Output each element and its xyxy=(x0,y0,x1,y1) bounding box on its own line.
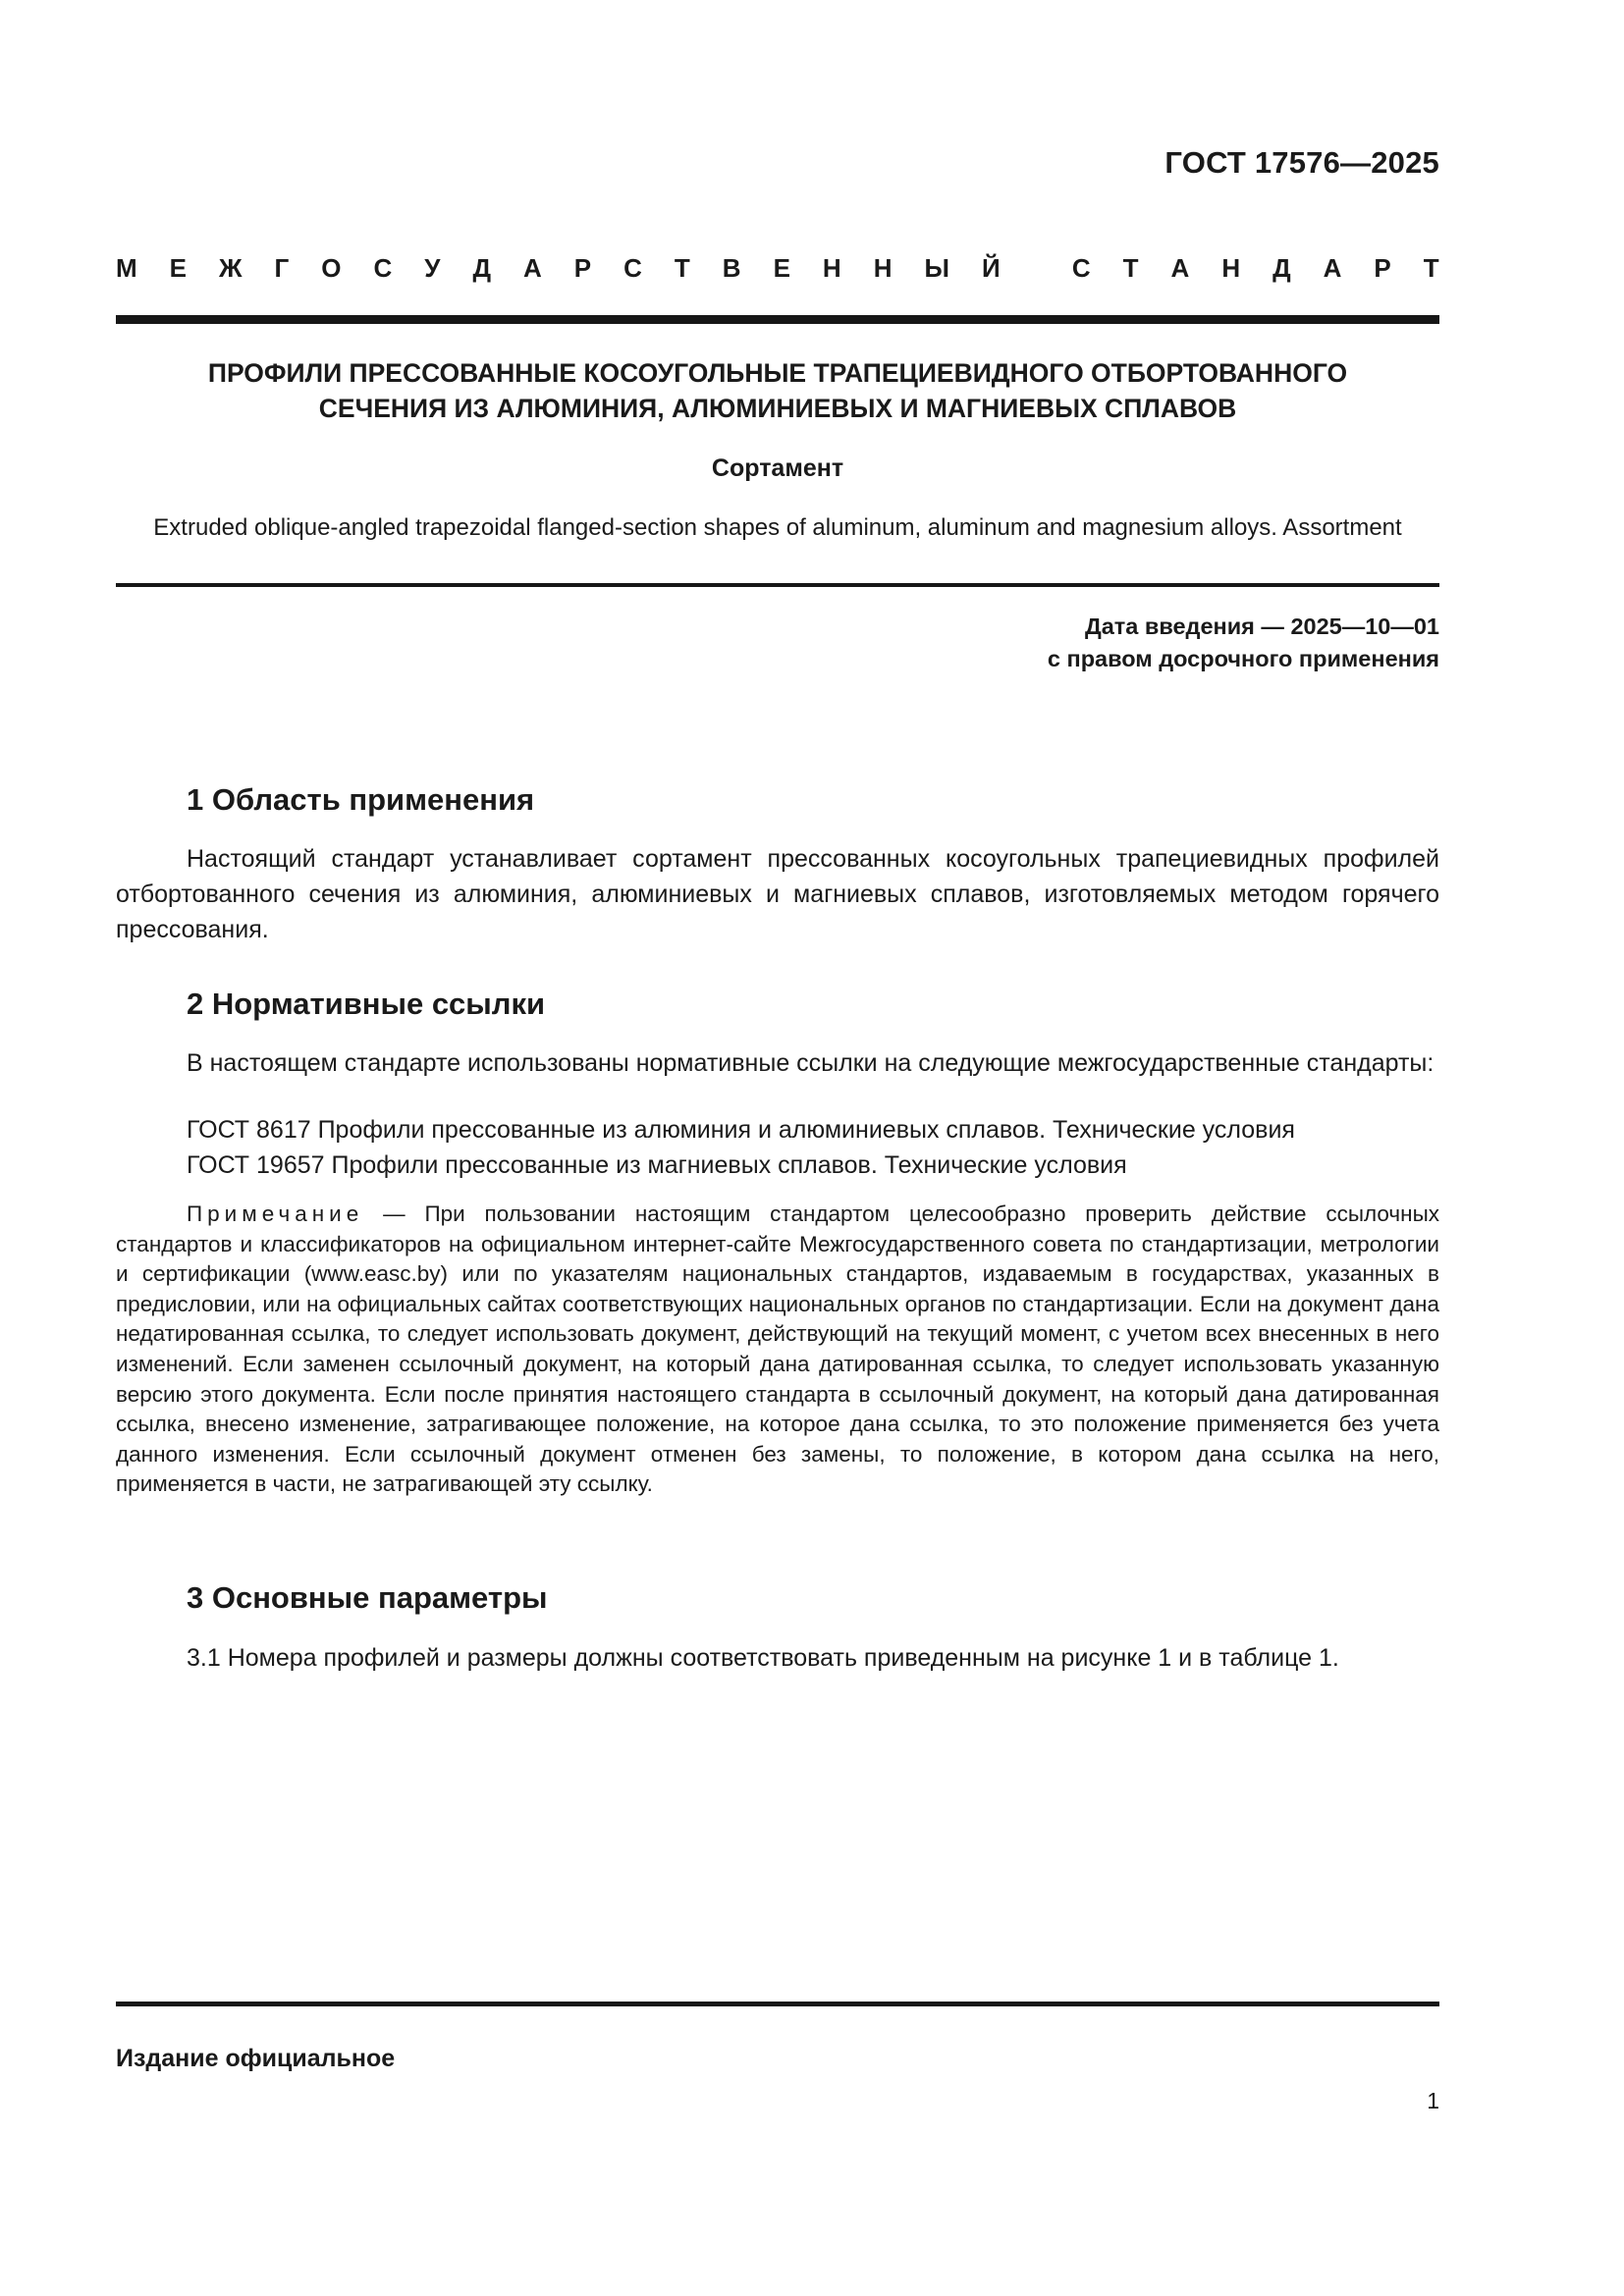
banner-letter: Ж xyxy=(219,253,243,284)
section-1-text: Настоящий стандарт устанавливает сортаме… xyxy=(116,841,1439,947)
banner-letter: Н xyxy=(874,253,893,284)
note-text: — При пользовании настоящим стандартом ц… xyxy=(116,1201,1439,1496)
page-number: 1 xyxy=(1427,2088,1439,2114)
document-id: ГОСТ 17576—2025 xyxy=(1164,145,1439,181)
introduction-date: Дата введения — 2025—10—01 xyxy=(1048,611,1439,643)
official-edition-label: Издание официальное xyxy=(116,2045,395,2073)
section-1-body: Настоящий стандарт устанавливает сортаме… xyxy=(116,845,1439,943)
banner-letter: Д xyxy=(472,253,491,284)
banner-letter: Й xyxy=(982,253,1001,284)
banner-letter: Р xyxy=(1374,253,1390,284)
banner-letter: О xyxy=(321,253,341,284)
section-2-body: В настоящем стандарте использованы норма… xyxy=(187,1049,1434,1077)
standard-type-banner: МЕЖГОСУДАРСТВЕННЫЙ СТАНДАРТ xyxy=(116,253,1439,284)
title-line-1: ПРОФИЛИ ПРЕССОВАННЫЕ КОСОУГОЛЬНЫЕ ТРАПЕЦ… xyxy=(116,355,1439,391)
banner-letter: В xyxy=(723,253,741,284)
banner-letter xyxy=(1033,253,1040,284)
banner-letter: А xyxy=(1171,253,1190,284)
banner-letter: Н xyxy=(1221,253,1240,284)
banner-letter: С xyxy=(374,253,393,284)
banner-letter: Р xyxy=(574,253,591,284)
title-line-2: СЕЧЕНИЯ ИЗ АЛЮМИНИЯ, АЛЮМИНИЕВЫХ И МАГНИ… xyxy=(116,391,1439,426)
note-block: Примечание — При пользовании настоящим с… xyxy=(116,1200,1439,1500)
banner-letter: А xyxy=(523,253,542,284)
banner-letter: С xyxy=(623,253,642,284)
introduction-date-block: Дата введения — 2025—10—01 с правом доср… xyxy=(1048,611,1439,675)
section-1-heading: 1 Область применения xyxy=(187,782,534,818)
banner-letter: С xyxy=(1072,253,1091,284)
banner-letter: Г xyxy=(275,253,290,284)
banner-letter: Н xyxy=(823,253,841,284)
document-subtitle: Сортамент xyxy=(116,454,1439,483)
english-title: Extruded oblique-angled trapezoidal flan… xyxy=(106,514,1449,542)
section-3-body: 3.1 Номера профилей и размеры должны соо… xyxy=(187,1644,1339,1672)
banner-letter: Е xyxy=(774,253,790,284)
banner-letter: Д xyxy=(1272,253,1291,284)
section-3-heading: 3 Основные параметры xyxy=(187,1580,547,1616)
footer-rule xyxy=(116,2002,1439,2006)
header-rule xyxy=(116,315,1439,324)
note-label: Примечание xyxy=(187,1201,363,1226)
document-title: ПРОФИЛИ ПРЕССОВАННЫЕ КОСОУГОЛЬНЫЕ ТРАПЕЦ… xyxy=(116,355,1439,426)
banner-letter: Т xyxy=(1424,253,1439,284)
banner-letter: А xyxy=(1324,253,1342,284)
section-2-text: В настоящем стандарте использованы норма… xyxy=(116,1045,1439,1081)
banner-letter: Е xyxy=(170,253,187,284)
section-2-heading: 2 Нормативные ссылки xyxy=(187,987,545,1022)
title-rule xyxy=(116,583,1439,587)
banner-letter: Т xyxy=(1123,253,1139,284)
reference-gost-19657: ГОСТ 19657 Профили прессованные из магни… xyxy=(187,1151,1127,1180)
banner-letter: У xyxy=(424,253,440,284)
early-application: с правом досрочного применения xyxy=(1048,643,1439,675)
banner-letter: Ы xyxy=(924,253,948,284)
reference-gost-8617: ГОСТ 8617 Профили прессованные из алюмин… xyxy=(187,1116,1295,1145)
section-3-text: 3.1 Номера профилей и размеры должны соо… xyxy=(116,1640,1439,1676)
banner-letter: Т xyxy=(675,253,690,284)
banner-letter: М xyxy=(116,253,137,284)
